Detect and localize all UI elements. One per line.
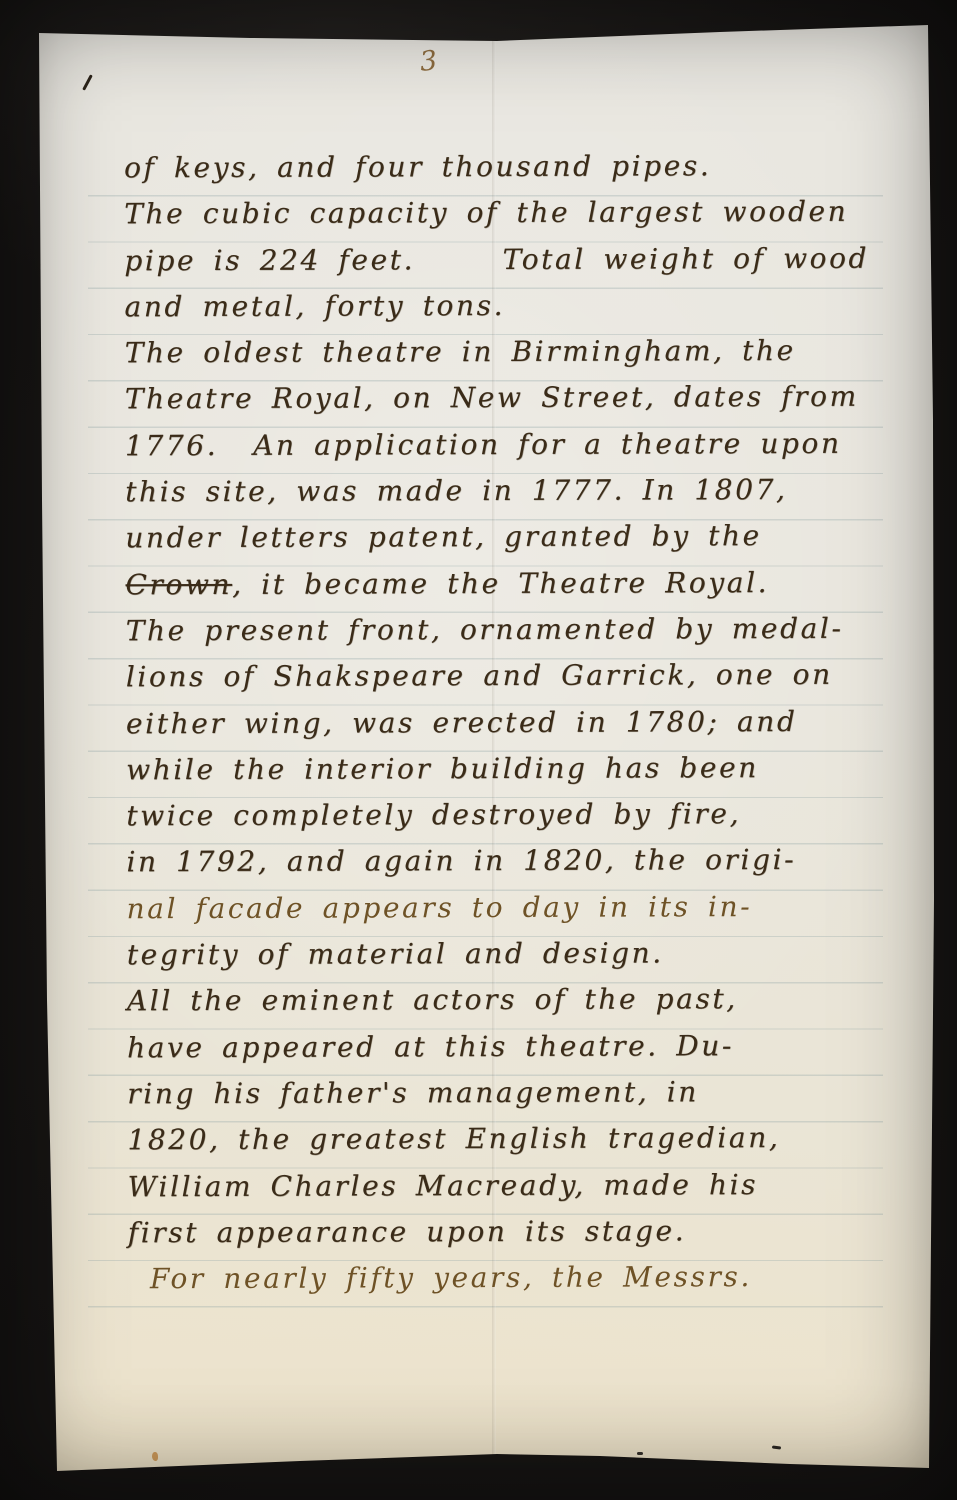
manuscript-line: The cubic capacity of the largest wooden <box>124 195 872 244</box>
line-text: of keys, and four thousand pipes. <box>124 149 711 184</box>
line-text: 1820, the greatest English tragedian, <box>127 1121 780 1156</box>
manuscript-line: lions of Shakspeare and Garrick, one on <box>126 658 874 707</box>
manuscript-line: either wing, was erected in 1780; and <box>126 704 874 753</box>
line-text: have appeared at this theatre. Du- <box>127 1029 734 1064</box>
manuscript-line: of keys, and four thousand pipes. <box>124 149 872 198</box>
manuscript-page: 3 of keys, and four thousand pipes. The … <box>0 0 957 1500</box>
manuscript-line: ring his father's management, in <box>127 1075 875 1124</box>
line-text: ring his father's management, in <box>127 1075 699 1110</box>
manuscript-line: nal facade appears to day in its in- <box>127 889 875 938</box>
line-text: All the eminent actors of the past, <box>127 983 738 1018</box>
line-text: Theatre Royal, on New Street, dates from <box>125 380 859 416</box>
manuscript-line: 1776. An application for a theatre upon <box>125 426 873 475</box>
handwritten-text: of keys, and four thousand pipes. The cu… <box>124 149 876 1309</box>
manuscript-line: tegrity of material and design. <box>127 936 875 985</box>
manuscript-line: Crown, it became the Theatre Royal. <box>125 565 873 614</box>
manuscript-line: under letters patent, granted by the <box>125 519 873 568</box>
line-text: and metal, forty tons. <box>124 289 505 323</box>
manuscript-line: while the interior building has been <box>126 751 874 800</box>
manuscript-line: twice completely destroyed by fire, <box>126 797 874 846</box>
line-text: tegrity of material and design. <box>127 936 664 971</box>
manuscript-line: The present front, ornamented by medal- <box>126 612 874 661</box>
ink-mark <box>82 74 93 90</box>
struck-word: Crown <box>125 568 232 601</box>
manuscript-line: All the eminent actors of the past, <box>127 982 875 1031</box>
line-text: twice completely destroyed by fire, <box>126 797 741 832</box>
line-text: For nearly fifty years, the Messrs. <box>150 1260 752 1295</box>
manuscript-line: 1820, the greatest English tragedian, <box>127 1121 875 1170</box>
line-text: under letters patent, granted by the <box>125 519 762 554</box>
paper-speck <box>152 1452 158 1461</box>
line-text: The oldest theatre in Birmingham, the <box>125 334 796 369</box>
line-text: The cubic capacity of the largest wooden <box>124 195 848 231</box>
manuscript-line: The oldest theatre in Birmingham, the <box>125 334 873 383</box>
photograph-backdrop: 3 of keys, and four thousand pipes. The … <box>0 0 957 1500</box>
line-text: pipe is 224 feet. Total weight of wood <box>124 241 869 277</box>
manuscript-line: Theatre Royal, on New Street, dates from <box>125 380 873 429</box>
manuscript-line: For nearly fifty years, the Messrs. <box>128 1260 876 1309</box>
line-text: nal facade appears to day in its in- <box>127 890 753 925</box>
manuscript-line: have appeared at this theatre. Du- <box>127 1028 875 1077</box>
page-number: 3 <box>418 45 438 78</box>
manuscript-line: and metal, forty tons. <box>124 288 872 337</box>
line-text: either wing, was erected in 1780; and <box>126 705 798 740</box>
line-text: in 1792, and again in 1820, the origi- <box>126 843 796 878</box>
manuscript-line: William Charles Macready, made his <box>128 1167 876 1216</box>
line-text: , it became the Theatre Royal. <box>232 566 769 601</box>
line-text: lions of Shakspeare and Garrick, one on <box>126 658 833 693</box>
paper-speck <box>637 1452 643 1455</box>
manuscript-line: pipe is 224 feet. Total weight of wood <box>124 241 872 290</box>
line-text: William Charles Macready, made his <box>128 1168 759 1203</box>
line-text: first appearance upon its stage. <box>128 1214 687 1249</box>
manuscript-line: this site, was made in 1777. In 1807, <box>125 473 873 522</box>
line-text: this site, was made in 1777. In 1807, <box>125 473 787 508</box>
paper-speck <box>772 1445 781 1449</box>
line-text: The present front, ornamented by medal- <box>126 612 844 648</box>
line-text: 1776. An application for a theatre upon <box>125 427 842 463</box>
manuscript-line: first appearance upon its stage. <box>128 1214 876 1263</box>
line-text: while the interior building has been <box>126 751 759 786</box>
manuscript-line: in 1792, and again in 1820, the origi- <box>126 843 874 892</box>
